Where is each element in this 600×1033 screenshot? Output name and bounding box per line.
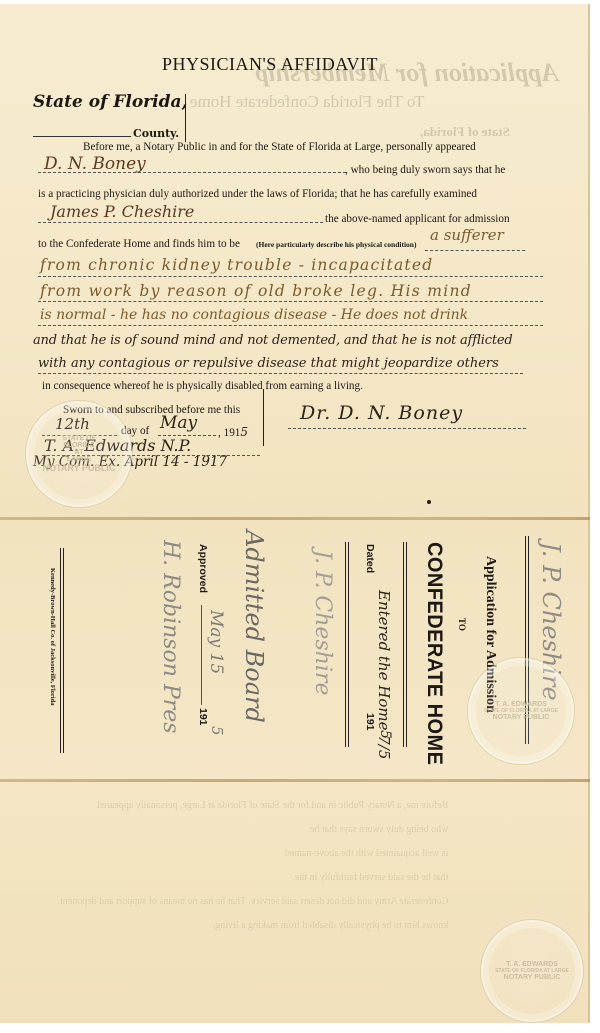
dated-left-rule [345, 542, 349, 747]
county-blank-line [33, 136, 131, 137]
cover-seal-text-3: NOTARY PUBLIC [484, 714, 558, 721]
physician-name-handwritten: D. N. Boney [44, 154, 146, 174]
bottom-seal-text-3: NOTARY PUBLIC [495, 974, 569, 981]
venue-brace [180, 94, 186, 142]
pencil-note-admitted: Admitted Board [240, 530, 268, 723]
seal-text-2: FLORIDA [43, 442, 116, 449]
paragraph-line-1: Before me, a Notary Public in and for th… [83, 141, 476, 153]
applicant-name-handwritten: James P. Cheshire [50, 202, 194, 221]
cover-seal-text-1: T. A. EDWARDS [484, 701, 558, 708]
condition-line-1: a sufferer [430, 226, 504, 244]
paragraph-line-2: , who being duly sworn says that he [345, 164, 505, 176]
cover-heading-main: CONFEDERATE HOME [422, 542, 446, 765]
reverse-subtitle-ghost: To The Florida Confederate Home [190, 92, 425, 112]
ink-spot [427, 500, 431, 504]
jurat-year-handwritten: 5 [240, 425, 248, 439]
page-title: PHYSICIAN'S AFFIDAVIT [0, 54, 540, 75]
venue-state: State of Florida, [33, 92, 187, 112]
condition-instruction: (Here particularly describe his physical… [256, 240, 416, 249]
condition-line-2: from chronic kidney trouble - incapacita… [40, 256, 433, 274]
condition-blank-6 [38, 373, 523, 374]
pencil-note-robinson: H. Robinson Pres [158, 540, 183, 734]
dated-year: 191 [364, 713, 376, 731]
bottom-embossed-seal: T. A. EDWARDS STATE OF FLORIDA AT LARGE … [481, 920, 583, 1022]
condition-blank-2 [38, 276, 543, 277]
fold-crease-lower [0, 779, 590, 782]
paragraph-line-6: in consequence whereof he is physically … [42, 380, 363, 392]
paragraph-line-3: is a practicing physician duly authorize… [38, 188, 477, 200]
jurat-brace [258, 389, 264, 446]
approved-year: 191 [197, 708, 209, 726]
jurat-year-prefix: 191 [224, 427, 241, 439]
stamped-contagious-line: with any contagious or repulsive disease… [38, 356, 499, 371]
condition-blank-3 [38, 301, 543, 302]
approved-blank [201, 605, 202, 705]
jurat-year-printed: , 1915 [218, 425, 248, 439]
printer-imprint: Kennedy-Brown-Hall Co. of Jacksonville, … [49, 568, 56, 705]
reverse-state-ghost: State of Florida, [420, 124, 510, 140]
cover-heading-to: TO [457, 618, 467, 631]
dated-year-handwritten: 5 [377, 730, 393, 739]
reverse-lines-ghost: Before me, a Notary Public in and for th… [60, 794, 448, 938]
physician-signature-blank [288, 428, 526, 429]
pencil-note-cheshire: J. P. Cheshire [310, 550, 335, 695]
applicant-name-blank [38, 222, 323, 223]
seal-text-5: NOTARY PUBLIC [43, 463, 116, 473]
seal-text-1: STATE OF [43, 435, 116, 442]
condition-line-3: from work by reason of old broke leg. Hi… [40, 282, 472, 300]
jurat-month-handwritten: May [160, 413, 197, 433]
cover-embossed-seal: T. A. EDWARDS STATE OF FLORIDA AT LARGE … [468, 658, 574, 764]
approved-date-handwritten: May 15 [206, 610, 226, 674]
notary-embossed-seal: STATE OF FLORIDA AT LARGE NOTARY PUBLIC [26, 401, 132, 507]
condition-line-4: is normal - he has no contagious disease… [40, 307, 468, 323]
paragraph-line-4: the above-named applicant for admission [325, 213, 510, 225]
printer-double-rule [60, 548, 64, 753]
cover-panel: Kennedy-Brown-Hall Co. of Jacksonville, … [0, 520, 590, 778]
venue-county-label: County. [133, 127, 179, 140]
seal-text-3: AT [43, 449, 116, 456]
condition-blank-4 [38, 325, 543, 326]
bottom-seal-text-1: T. A. EDWARDS [495, 961, 569, 968]
seal-text-4: LARGE [43, 456, 116, 463]
document-page: Application for Membership To The Florid… [0, 4, 590, 1023]
approved-label: Approved [197, 544, 209, 593]
dated-right-rule [403, 542, 407, 747]
physician-signature: Dr. D. N. Boney [300, 402, 463, 424]
dated-label: Dated [364, 544, 376, 573]
approved-year-handwritten: 5 [208, 726, 226, 736]
paragraph-line-5: to the Confederate Home and finds him to… [38, 238, 240, 250]
condition-blank-1 [425, 250, 525, 251]
stamped-sound-mind-line: and that he is of sound mind and not dem… [33, 333, 512, 348]
